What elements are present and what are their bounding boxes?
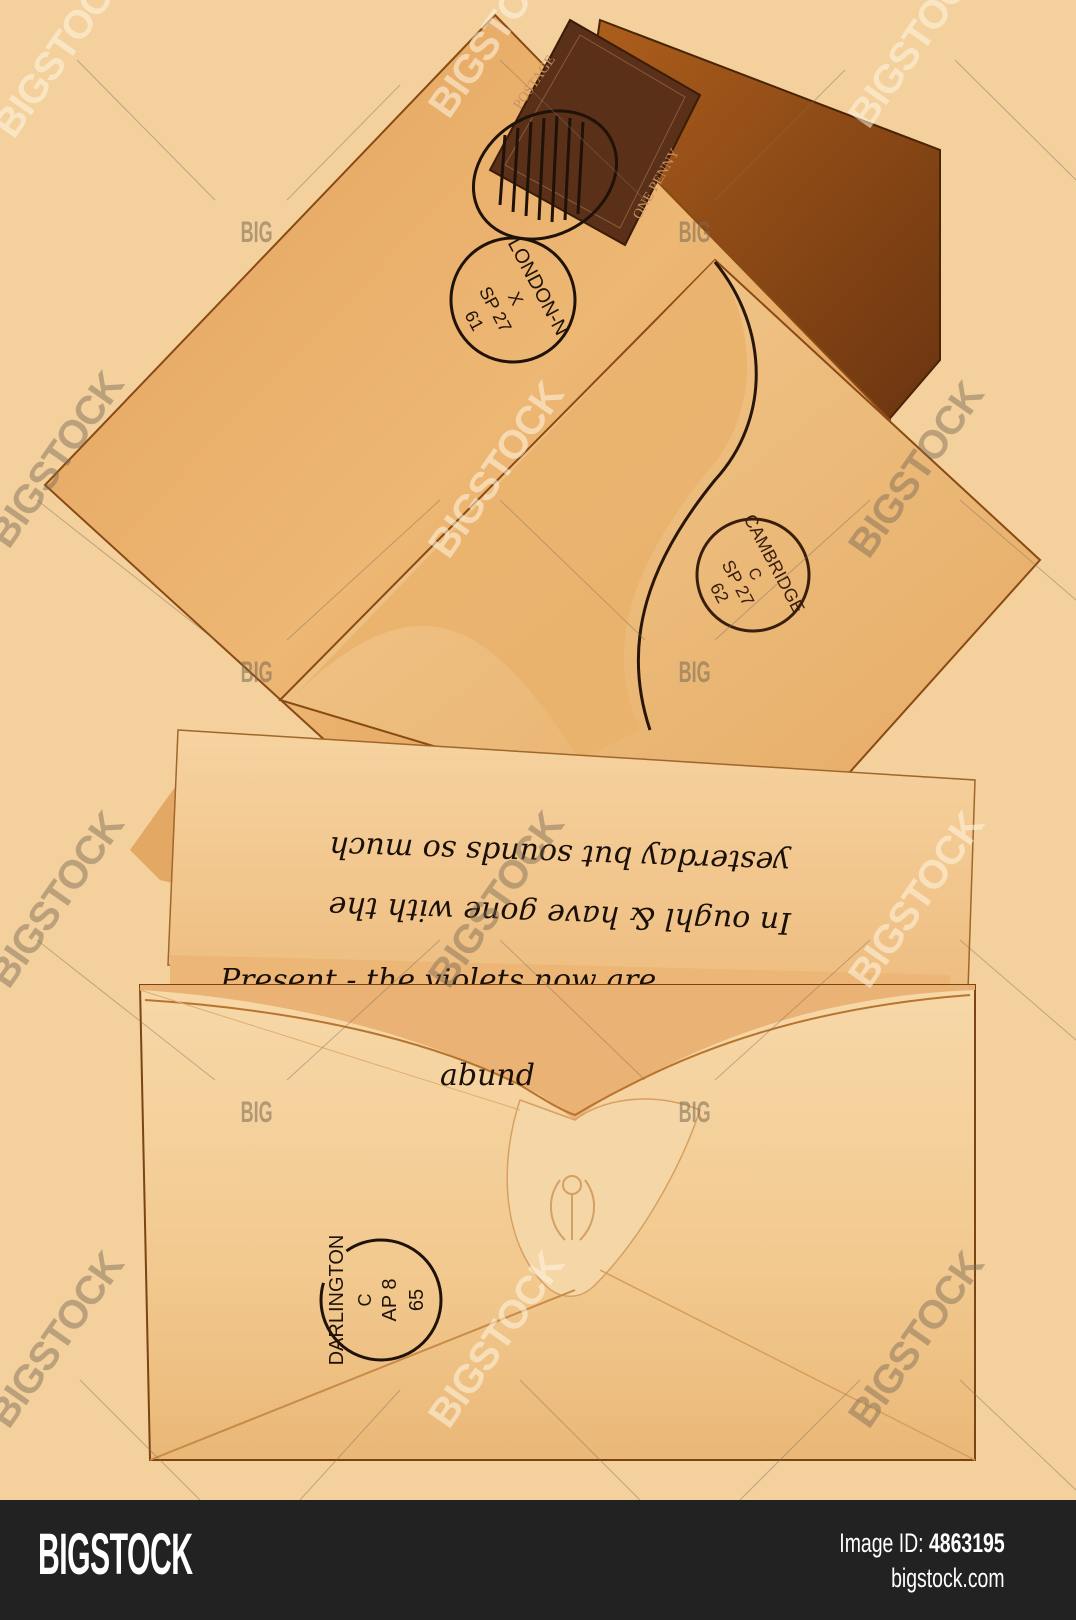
watermark-big: BIG <box>679 658 711 688</box>
bigstock-logo[interactable]: BIGSTOCK <box>38 1526 192 1584</box>
watermark-big: BIG <box>241 218 273 248</box>
svg-text:C: C <box>355 1294 375 1307</box>
site-link[interactable]: bigstock.com <box>892 1565 1005 1592</box>
svg-text:abund: abund <box>440 1058 535 1093</box>
watermark-big: BIG <box>679 218 711 248</box>
image-id: Image ID: 4863195 <box>840 1530 1005 1557</box>
image-id-label: Image ID: <box>840 1528 930 1558</box>
svg-text:65: 65 <box>406 1289 428 1311</box>
watermark-big: BIG <box>679 1098 711 1128</box>
footer-bar: BIGSTOCK Image ID: 4863195 bigstock.com <box>0 1500 1076 1620</box>
svg-text:AP 8: AP 8 <box>379 1279 401 1322</box>
stock-photo: POSTAGE ONE PENNY LONDON-N X SP 27 61 CA… <box>0 0 1076 1500</box>
svg-text:DARLINGTON: DARLINGTON <box>326 1235 348 1366</box>
watermark-big: BIG <box>241 658 273 688</box>
image-id-value: 4863195 <box>929 1528 1005 1558</box>
watermark-big: BIG <box>241 1098 273 1128</box>
